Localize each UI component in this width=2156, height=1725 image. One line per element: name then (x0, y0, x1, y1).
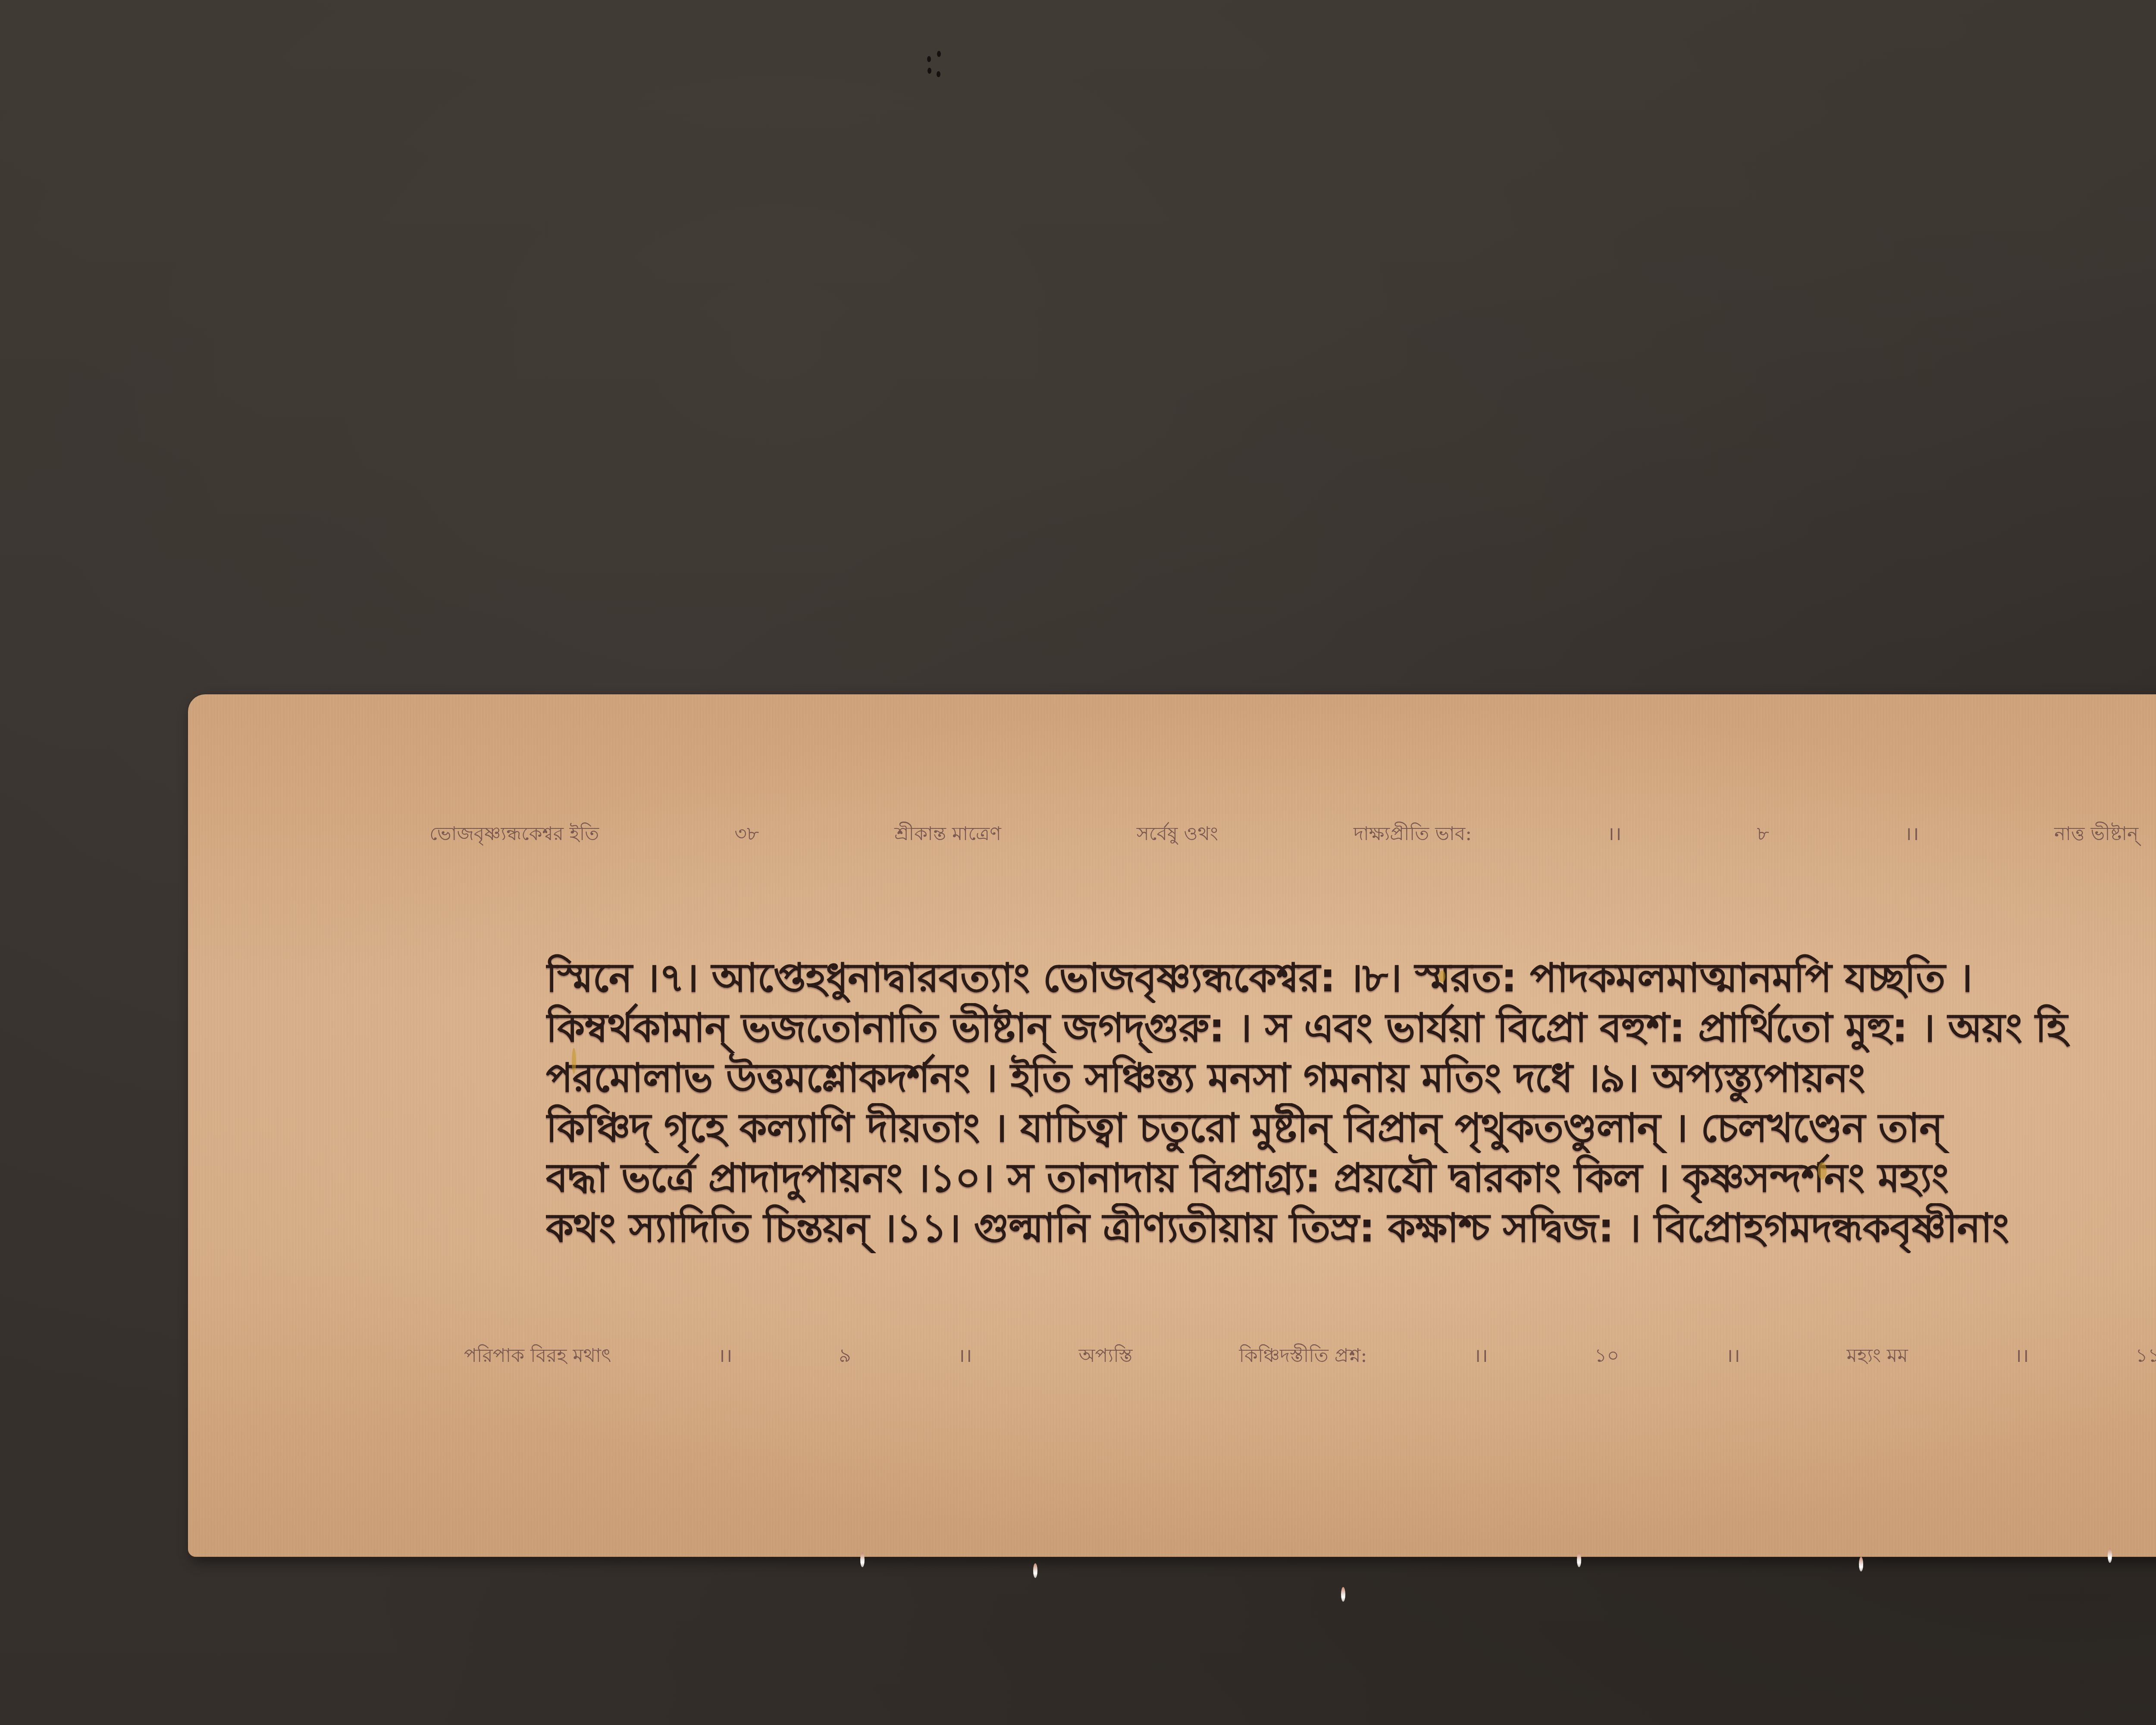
board-hole (927, 56, 931, 62)
main-text-block: স্মিনে ।৭। আপ্তেহধুনাদ্বারবত্যাং ভোজবৃষ্… (546, 953, 2156, 1253)
gloss-danda: ।। (718, 1342, 732, 1367)
bottom-marginal-gloss: পরিপাক বিরহ মথাৎ ।। ৯ ।। অপ্যস্তি কিঞ্চি… (464, 1341, 2156, 1373)
text-line-3: পরমোলাভ উত্তমশ্লোকদর্শনং । ইতি সঞ্চিন্ত্… (546, 1053, 2156, 1103)
gloss-danda: ।। (2015, 1342, 2029, 1367)
mounting-pin (860, 1552, 865, 1567)
gloss-danda: ।। (1607, 820, 1621, 846)
board-hole (937, 51, 941, 57)
pigment-stain (1818, 1162, 1827, 1179)
gloss-fragment: অপ্যস্তি (1078, 1341, 1132, 1373)
text-line-2: কিম্বর্থকামান্ ভজতোনাতি ভীষ্টান্ জগদ্গুর… (546, 1003, 2156, 1053)
gloss-verse-number: ১০ (1595, 1341, 1619, 1373)
gloss-fragment: কিঞ্চিদস্তীতি প্রশ্ন: (1239, 1341, 1367, 1373)
mounting-pin (1577, 1552, 1581, 1567)
gloss-danda: ।। (958, 1342, 972, 1367)
text-line-6: কথং স্যাদিতি চিন্তয়ন্ ।১১। গুল্মানি ত্র… (546, 1203, 2156, 1253)
gloss-fragment: মহ্যং মম (1847, 1341, 1908, 1373)
text-line-5: বদ্ধা ভর্ত্রে প্রাদাদুপায়নং ।১০। স তানা… (546, 1153, 2156, 1203)
gloss-danda: ।। (1473, 1342, 1488, 1367)
gloss-fragment: দাক্ষ্যপ্রীতি ভাব: (1354, 819, 1472, 851)
board-hole (937, 71, 940, 77)
top-marginal-gloss: ভোজবৃষ্ণ্যন্ধকেশ্বর ইতি ৩৮ শ্রীকান্ত মাত… (429, 819, 2156, 851)
board-hole (928, 68, 931, 74)
gloss-verse-number: ১১ (2135, 1341, 2156, 1373)
pigment-stain (572, 1048, 576, 1074)
gloss-fragment: শ্রীকান্ত মাত্রেণ (894, 819, 1001, 851)
text-line-1: স্মিনে ।৭। আপ্তেহধুনাদ্বারবত্যাং ভোজবৃষ্… (546, 953, 2156, 1003)
gloss-verse-number: ৯ (839, 1341, 851, 1373)
mounting-pin (1033, 1563, 1037, 1578)
text-line-4: কিঞ্চিদ্ গৃহে কল্যাণি দীয়তাং । যাচিত্বা… (546, 1103, 2156, 1153)
gloss-fragment: সর্বেষু ওথং (1137, 819, 1218, 851)
gloss-danda: ।। (1726, 1342, 1740, 1367)
pigment-stain (1438, 970, 1445, 982)
gloss-fragment: ভোজবৃষ্ণ্যন্ধকেশ্বর ইতি (429, 819, 599, 851)
gloss-danda: ।। (1905, 820, 1919, 846)
gloss-verse-number: ৮ (1757, 819, 1769, 851)
mounting-pin (1859, 1557, 1863, 1571)
gloss-fragment: ৩৮ (734, 819, 759, 851)
mounting-pin (1341, 1587, 1345, 1602)
gloss-fragment: পরিপাক বিরহ মথাৎ (464, 1341, 611, 1373)
manuscript-leaf: ভোজবৃষ্ণ্যন্ধকেশ্বর ইতি ৩৮ শ্রীকান্ত মাত… (188, 694, 2156, 1557)
mounting-pin (2108, 1548, 2112, 1563)
gloss-fragment: নাত্ত ভীষ্টান্ (2054, 819, 2138, 851)
